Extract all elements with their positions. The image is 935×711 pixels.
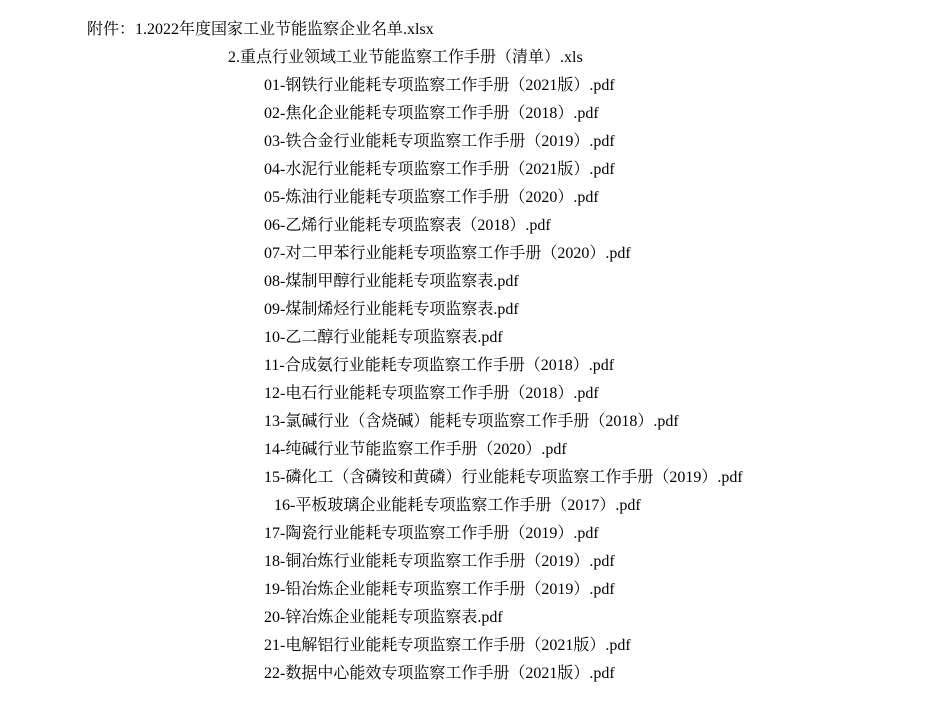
attachment-file-item: 13-氯碱行业（含烧碱）能耗专项监察工作手册（2018）.pdf [0,408,935,436]
attachment-file-item: 21-电解铝行业能耗专项监察工作手册（2021版）.pdf [0,632,935,660]
attachment-file-item: 16-平板玻璃企业能耗专项监察工作手册（2017）.pdf [0,492,935,520]
attachment-file-item: 09-煤制烯烃行业能耗专项监察表.pdf [0,296,935,324]
attachment-file-item: 20-锌冶炼企业能耗专项监察表.pdf [0,604,935,632]
attachment-file-item: 14-纯碱行业节能监察工作手册（2020）.pdf [0,436,935,464]
attachment-file-item: 04-水泥行业能耗专项监察工作手册（2021版）.pdf [0,156,935,184]
attachment-file-item: 03-铁合金行业能耗专项监察工作手册（2019）.pdf [0,128,935,156]
attachment-file-item: 17-陶瓷行业能耗专项监察工作手册（2019）.pdf [0,520,935,548]
attachment-file-item: 02-焦化企业能耗专项监察工作手册（2018）.pdf [0,100,935,128]
document-page: 附件：1.2022年度国家工业节能监察企业名单.xlsx 2.重点行业领域工业节… [0,0,935,711]
attachment-file-item: 19-铅冶炼企业能耗专项监察工作手册（2019）.pdf [0,576,935,604]
attachment-file-item: 07-对二甲苯行业能耗专项监察工作手册（2020）.pdf [0,240,935,268]
attachment-file-item: 01-钢铁行业能耗专项监察工作手册（2021版）.pdf [0,72,935,100]
attachments-label: 附件： [87,21,135,38]
attachment-file-item: 06-乙烯行业能耗专项监察表（2018）.pdf [0,212,935,240]
attachment-file-item: 22-数据中心能效专项监察工作手册（2021版）.pdf [0,660,935,688]
attachment-item-2-line: 2.重点行业领域工业节能监察工作手册（清单）.xls [0,44,935,72]
attachment-file-item: 18-铜冶炼行业能耗专项监察工作手册（2019）.pdf [0,548,935,576]
attachment-file-item: 05-炼油行业能耗专项监察工作手册（2020）.pdf [0,184,935,212]
attachment-file-item: 10-乙二醇行业能耗专项监察表.pdf [0,324,935,352]
attachment-item-1: 1.2022年度国家工业节能监察企业名单.xlsx [135,21,434,38]
attachment-file-item: 15-磷化工（含磷铵和黄磷）行业能耗专项监察工作手册（2019）.pdf [0,464,935,492]
attachments-header-line: 附件：1.2022年度国家工业节能监察企业名单.xlsx [0,16,935,44]
attachment-file-item: 12-电石行业能耗专项监察工作手册（2018）.pdf [0,380,935,408]
attachment-file-item: 08-煤制甲醇行业能耗专项监察表.pdf [0,268,935,296]
attachment-file-item: 11-合成氨行业能耗专项监察工作手册（2018）.pdf [0,352,935,380]
attachment-item-2: 2.重点行业领域工业节能监察工作手册（清单）.xls [228,49,583,66]
